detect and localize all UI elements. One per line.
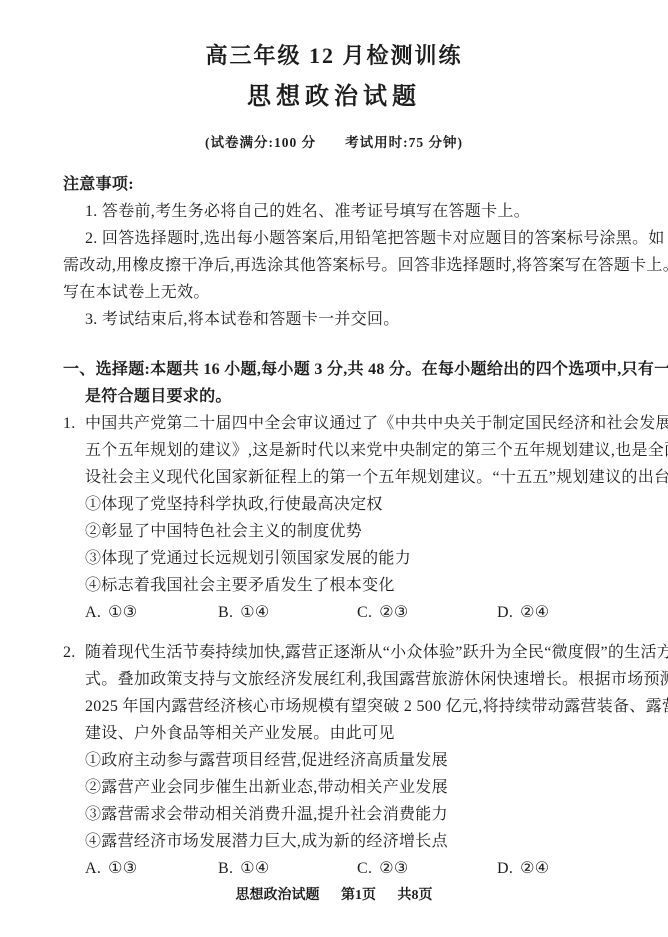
exam-subtitle: 思想政治试题 <box>0 82 668 112</box>
option-d: D.②④ <box>497 599 549 626</box>
option-d: D.②④ <box>497 855 549 882</box>
option-a: A.①③ <box>85 855 137 882</box>
notice-line-1: 1. 答卷前,考生务必将自己的姓名、准考证号填写在答题卡上。 <box>63 198 620 225</box>
question-1: 1.中国共产党第二十届四中全会审议通过了《中共中央关于制定国民经济和社会发展第十… <box>63 410 620 626</box>
exam-info: (试卷满分:100 分 考试用时:75 分钟) <box>0 134 668 152</box>
notice-line-3: 需改动,用橡皮擦干净后,再选涂其他答案标号。回答非选择题时,将答案写在答题卡上。 <box>63 252 620 279</box>
notice-line-5: 3. 考试结束后,将本试卷和答题卡一并交回。 <box>63 306 620 333</box>
options-row: A.①③ B.①④ C.②③ D.②④ <box>63 599 620 626</box>
section-heading-line-1: 一、选择题:本题共 16 小题,每小题 3 分,共 48 分。在每小题给出的四个… <box>63 356 620 383</box>
question-stem-line: 建设、户外食品等相关产业发展。由此可见 <box>63 720 620 747</box>
exam-body: 注意事项: 1. 答卷前,考生务必将自己的姓名、准考证号填写在答题卡上。 2. … <box>63 171 620 882</box>
question-statement-1: ①体现了党坚持科学执政,行使最高决定权 <box>63 491 620 518</box>
question-statement-3: ③露营需求会带动相关消费升温,提升社会消费能力 <box>63 801 620 828</box>
option-b: B.①④ <box>218 599 270 626</box>
question-stem-line: 式。叠加政策支持与文旅经济发展红利,我国露营旅游休闲快速增长。根据市场预测, <box>63 666 620 693</box>
option-b: B.①④ <box>218 855 270 882</box>
question-statement-2: ②彰显了中国特色社会主义的制度优势 <box>63 518 620 545</box>
notice-heading: 注意事项: <box>63 171 620 198</box>
question-2: 2.随着现代生活节奏持续加快,露营正逐渐从“小众体验”跃升为全民“微度假”的生活… <box>63 639 620 882</box>
section-heading-line-2: 是符合题目要求的。 <box>63 383 620 410</box>
question-number: 1. <box>63 410 85 437</box>
notice-line-2: 2. 回答选择题时,选出每小题答案后,用铅笔把答题卡对应题目的答案标号涂黑。如 <box>63 225 620 252</box>
exam-paper-page: 高三年级 12 月检测训练 思想政治试题 (试卷满分:100 分 考试用时:75… <box>0 0 668 937</box>
footer-page-number: 第1页 <box>341 888 376 903</box>
question-stem-line: 2025 年国内露营经济核心市场规模有望突破 2 500 亿元,将持续带动露营装… <box>63 693 620 720</box>
question-statement-4: ④标志着我国社会主要矛盾发生了根本变化 <box>63 572 620 599</box>
question-stem-line: 五个五年规划的建议》,这是新时代以来党中央制定的第三个五年规划建议,也是全面建 <box>63 437 620 464</box>
question-number: 2. <box>63 639 85 666</box>
option-a: A.①③ <box>85 599 137 626</box>
footer-total-pages: 共8页 <box>398 888 433 903</box>
question-stem-line: 设社会主义现代化国家新征程上的第一个五年规划建议。“十五五”规划建议的出台 <box>63 464 620 491</box>
question-statement-4: ④露营经济市场发展潜力巨大,成为新的经济增长点 <box>63 828 620 855</box>
exam-header: 高三年级 12 月检测训练 思想政治试题 (试卷满分:100 分 考试用时:75… <box>0 0 668 152</box>
question-2-first-line: 2.随着现代生活节奏持续加快,露营正逐渐从“小众体验”跃升为全民“微度假”的生活… <box>63 639 620 666</box>
option-c: C.②③ <box>357 599 409 626</box>
question-statement-2: ②露营产业会同步催生出新业态,带动相关产业发展 <box>63 774 620 801</box>
page-footer: 思想政治试题 第1页 共8页 <box>0 886 668 906</box>
footer-doc-title: 思想政治试题 <box>236 888 320 903</box>
option-c: C.②③ <box>357 855 409 882</box>
section-heading: 一、选择题:本题共 16 小题,每小题 3 分,共 48 分。在每小题给出的四个… <box>63 356 620 410</box>
options-row: A.①③ B.①④ C.②③ D.②④ <box>63 855 620 882</box>
exam-title: 高三年级 12 月检测训练 <box>0 42 668 70</box>
question-stem-line: 随着现代生活节奏持续加快,露营正逐渐从“小众体验”跃升为全民“微度假”的生活方 <box>85 644 668 661</box>
question-stem-line: 中国共产党第二十届四中全会审议通过了《中共中央关于制定国民经济和社会发展第十 <box>85 415 668 432</box>
question-statement-1: ①政府主动参与露营项目经营,促进经济高质量发展 <box>63 747 620 774</box>
question-1-first-line: 1.中国共产党第二十届四中全会审议通过了《中共中央关于制定国民经济和社会发展第十 <box>63 410 620 437</box>
notice-line-4: 写在本试卷上无效。 <box>63 279 620 306</box>
question-statement-3: ③体现了党通过长远规划引领国家发展的能力 <box>63 545 620 572</box>
